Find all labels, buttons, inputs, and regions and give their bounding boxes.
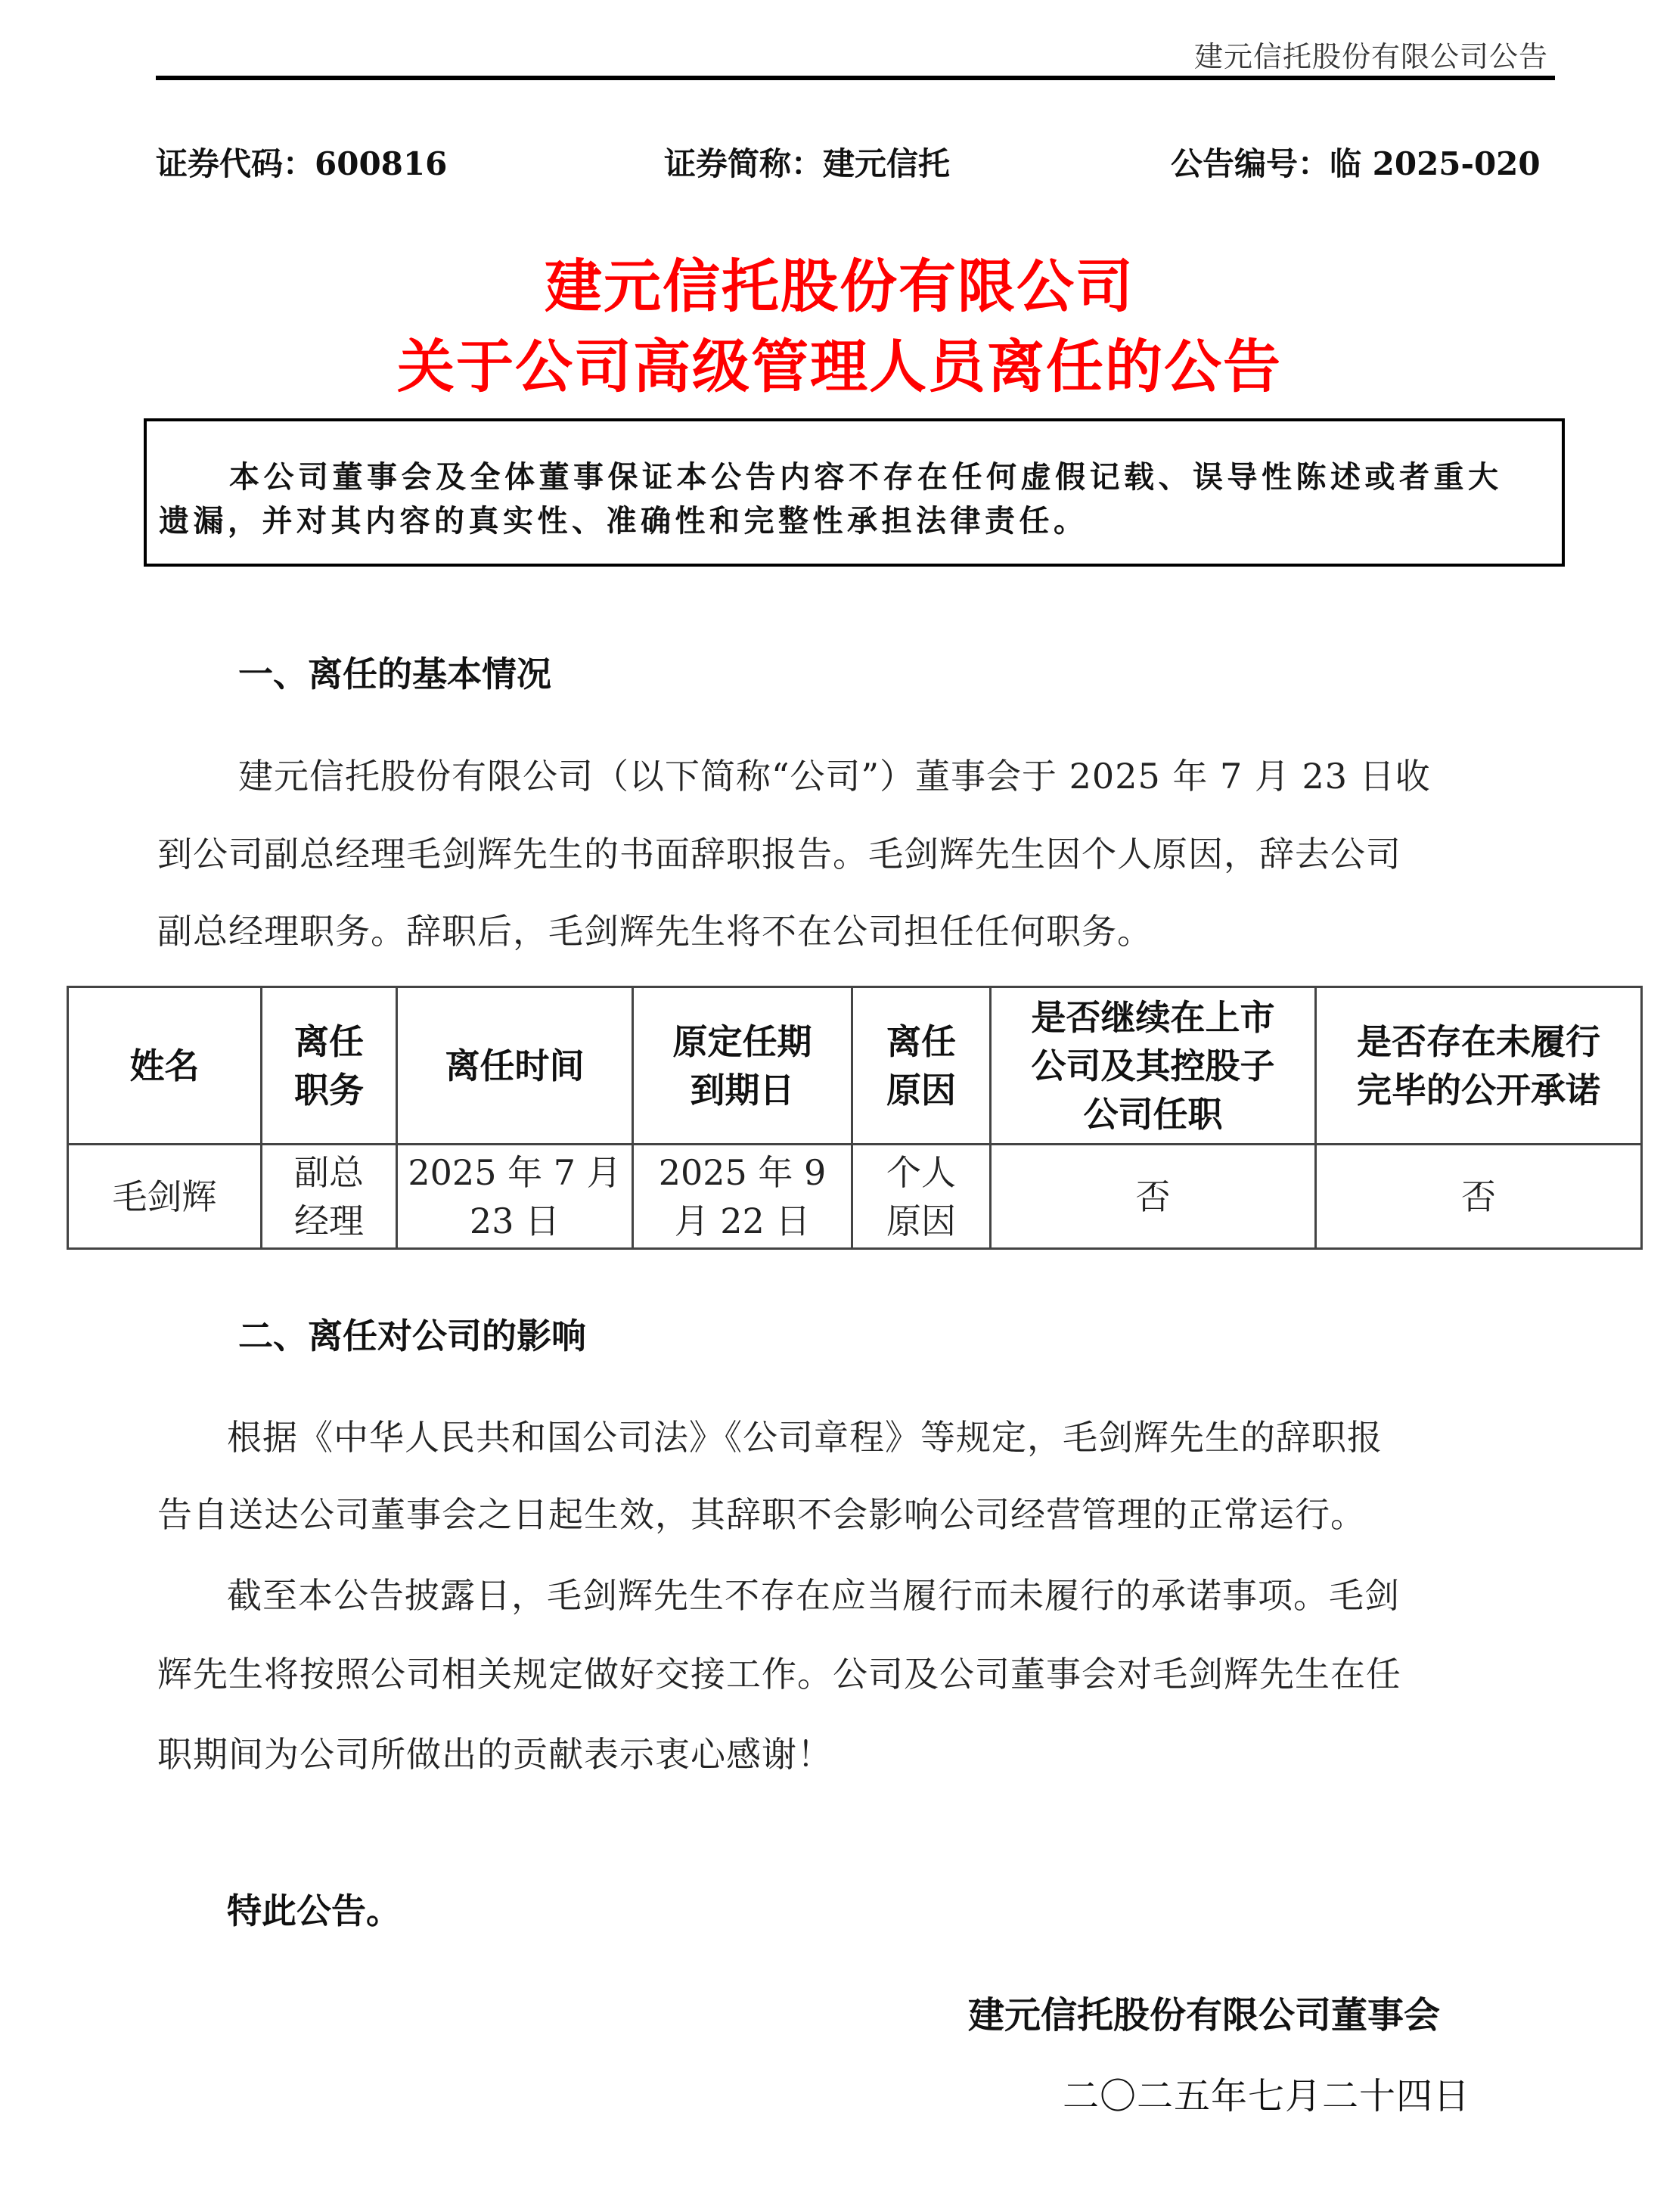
title-subject: 关于公司高级管理人员离任的公告 bbox=[0, 321, 1679, 403]
departure-info-table: 姓名 离任职务 离任时间 原定任期到期日 离任原因 是否继续在上市公司及其控股子… bbox=[67, 986, 1643, 1250]
section-2-para1-line: 告自送达公司董事会之日起生效，其辞职不会影响公司经营管理的正常运行。 bbox=[157, 1487, 1366, 1537]
cell-name: 毛剑辉 bbox=[68, 1145, 262, 1249]
table-header-row: 姓名 离任职务 离任时间 原定任期到期日 离任原因 是否继续在上市公司及其控股子… bbox=[68, 987, 1642, 1145]
cell-unfulfilled-commitments: 否 bbox=[1316, 1145, 1642, 1249]
header-position: 离任职务 bbox=[262, 987, 397, 1145]
header-continue-role: 是否继续在上市公司及其控股子公司任职 bbox=[991, 987, 1316, 1145]
notice-number: 公告编号：临 2025-020 bbox=[1171, 139, 1541, 185]
security-code: 证券代码：600816 bbox=[156, 139, 447, 185]
table-row: 毛剑辉 副总经理 2025 年 7 月23 日 2025 年 9月 22 日 个… bbox=[68, 1145, 1642, 1249]
header-name: 姓名 bbox=[68, 987, 262, 1145]
disclaimer-line-1: 本公司董事会及全体董事保证本公告内容不存在任何虚假记载、误导性陈述或者重大 bbox=[229, 453, 1503, 496]
section-2-heading: 二、离任对公司的影响 bbox=[238, 1309, 586, 1359]
disclaimer-line-2: 遗漏，并对其内容的真实性、准确性和完整性承担法律责任。 bbox=[159, 497, 1088, 540]
disclaimer-box: 本公司董事会及全体董事保证本公告内容不存在任何虚假记载、误导性陈述或者重大 遗漏… bbox=[144, 418, 1565, 567]
cell-departure-time: 2025 年 7 月23 日 bbox=[397, 1145, 633, 1249]
cell-continue-role: 否 bbox=[991, 1145, 1316, 1249]
security-abbr: 证券简称：建元信托 bbox=[664, 139, 950, 185]
header-rule bbox=[156, 76, 1555, 80]
running-header: 建元信托股份有限公司公告 bbox=[1194, 33, 1548, 75]
section-2-para2-line: 截至本公告披露日，毛剑辉先生不存在应当履行而未履行的承诺事项。毛剑 bbox=[227, 1568, 1400, 1618]
header-unfulfilled-commitments: 是否存在未履行完毕的公开承诺 bbox=[1316, 987, 1642, 1145]
header-reason: 离任原因 bbox=[852, 987, 991, 1145]
section-1-para-line: 建元信托股份有限公司（以下简称“公司”）董事会于 2025 年 7 月 23 日… bbox=[238, 749, 1431, 799]
header-term-end: 原定任期到期日 bbox=[633, 987, 852, 1145]
section-1-heading: 一、离任的基本情况 bbox=[238, 647, 551, 697]
header-departure-time: 离任时间 bbox=[397, 987, 633, 1145]
section-2-para2-line: 职期间为公司所做出的贡献表示衷心感谢！ bbox=[157, 1727, 833, 1777]
cell-position: 副总经理 bbox=[262, 1145, 397, 1249]
section-1-para-line: 副总经理职务。辞职后，毛剑辉先生将不在公司担任任何职务。 bbox=[157, 904, 1153, 954]
cell-reason: 个人原因 bbox=[852, 1145, 991, 1249]
section-1-para-line: 到公司副总经理毛剑辉先生的书面辞职报告。毛剑辉先生因个人原因，辞去公司 bbox=[157, 827, 1401, 877]
title-company: 建元信托股份有限公司 bbox=[0, 241, 1679, 323]
closing-text: 特此公告。 bbox=[227, 1884, 401, 1934]
section-2-para1-line: 根据《中华人民共和国公司法》《公司章程》等规定，毛剑辉先生的辞职报 bbox=[227, 1410, 1383, 1460]
cell-term-end: 2025 年 9月 22 日 bbox=[633, 1145, 852, 1249]
signature-board: 建元信托股份有限公司董事会 bbox=[968, 1986, 1440, 2038]
signature-date: 二〇二五年七月二十四日 bbox=[1063, 2067, 1470, 2119]
section-2-para2-line: 辉先生将按照公司相关规定做好交接工作。公司及公司董事会对毛剑辉先生在任 bbox=[157, 1647, 1401, 1697]
